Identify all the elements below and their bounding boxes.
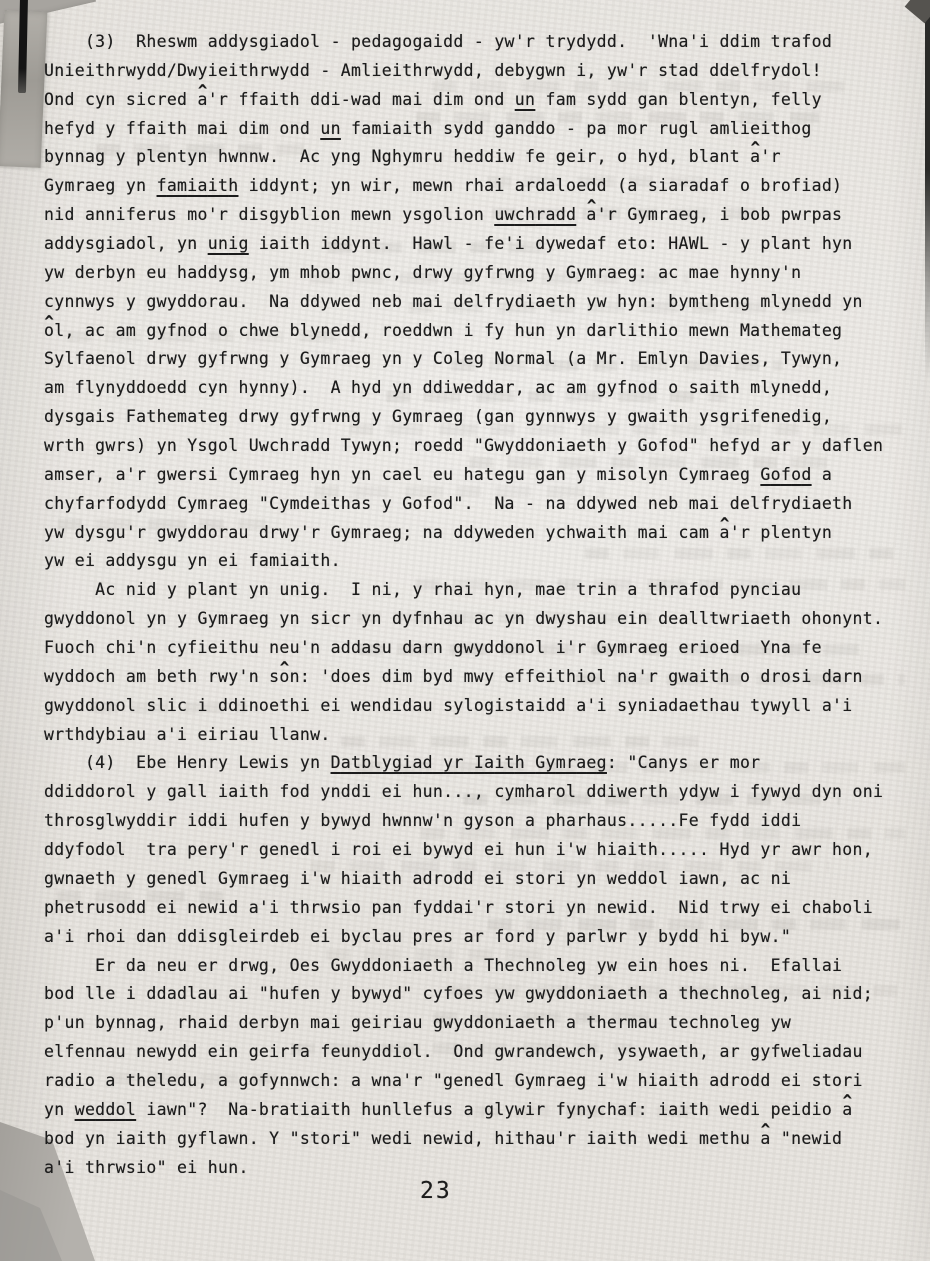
text-line: nid anniferus mo'r disgyblion mewn ysgol… [44,201,924,230]
text-line: (3) Rheswm addysgiadol - pedagogaidd - y… [44,28,924,57]
text-line: throsglwyddir iddi hufen y bywyd hwnnw'n… [44,807,924,836]
circumflex-overstrike: o^ [279,663,289,692]
text-line: bynnag y plentyn hwnnw. Ac yng Nghymru h… [44,143,924,172]
text-line: gwyddonol slic i ddinoethi ei wendidau s… [44,692,924,721]
text-line: chyfarfodydd Cymraeg "Cymdeithas y Gofod… [44,490,924,519]
text-line: ddyfodol tra pery'r genedl i roi ei bywy… [44,836,924,865]
page-number: 23 [420,1178,452,1204]
text-line: p'un bynnag, rhaid derbyn mai geiriau gw… [44,1009,924,1038]
text-line: wyddoch am beth rwy'n so^n: 'does dim by… [44,663,924,692]
text-line: o^l, ac am gyfnod o chwe blynedd, roeddw… [44,317,924,346]
text-line: bod lle i ddadlau ai "hufen y bywyd" cyf… [44,980,924,1009]
text-line: dysgais Fathemateg drwy gyfrwng y Gymrae… [44,403,924,432]
text-line: ddiddorol y gall iaith fod ynddi ei hun.… [44,778,924,807]
text-line: elfennau newydd ein geirfa feunyddiol. O… [44,1038,924,1067]
text-line: yw dysgu'r gwyddorau drwy'r Gymraeg; na … [44,519,924,548]
text-line: bod yn iaith gyflawn. Y "stori" wedi new… [44,1125,924,1154]
scanned-document-page: (3) Rheswm addysgiadol - pedagogaidd - y… [0,0,930,1261]
circumflex-overstrike: a^ [719,519,729,548]
text-line: Er da neu er drwg, Oes Gwyddoniaeth a Th… [44,952,924,981]
text-line: amser, a'r gwersi Cymraeg hyn yn cael eu… [44,461,924,490]
circumflex-overstrike: a^ [586,201,596,230]
text-line: wrthdybiau a'i eiriau llanw. [44,721,924,750]
text-line: radio a theledu, a gofynnwch: a wna'r "g… [44,1067,924,1096]
circumflex-overstrike: a^ [760,1125,770,1154]
circumflex-overstrike: a^ [750,143,760,172]
circumflex-overstrike: o^ [44,317,54,346]
text-line: cynnwys y gwyddorau. Na ddywed neb mai d… [44,288,924,317]
text-line: yw ei addysgu yn ei famiaith. [44,547,924,576]
text-line: wrth gwrs) yn Ysgol Uwchradd Tywyn; roed… [44,432,924,461]
text-line: gwyddonol yn y Gymraeg yn sicr yn dyfnha… [44,605,924,634]
text-line: gwnaeth y genedl Gymraeg i'w hiaith adro… [44,865,924,894]
text-line: yw derbyn eu haddysg, ym mhob pwnc, drwy… [44,259,924,288]
text-line: Fuoch chi'n cyfieithu neu'n addasu darn … [44,634,924,663]
text-line: addysgiadol, yn unig iaith iddynt. Hawl … [44,230,924,259]
text-line: Gymraeg yn famiaith iddynt; yn wir, mewn… [44,172,924,201]
right-edge-scan-shadow [925,0,930,380]
top-right-corner-shadow [905,0,930,23]
text-line: hefyd y ffaith mai dim ond un famiaith s… [44,115,924,144]
typewritten-text-body: (3) Rheswm addysgiadol - pedagogaidd - y… [44,28,924,1182]
circumflex-overstrike: a^ [198,86,208,115]
text-line: Unieithrwydd/Dwyieithrwydd - Amlieithrwy… [44,57,924,86]
circumflex-overstrike: a^ [842,1096,852,1125]
text-line: yn weddol iawn"? Na-bratiaith hunllefus … [44,1096,924,1125]
text-line: phetrusodd ei newid a'i thrwsio pan fydd… [44,894,924,923]
text-line: Ond cyn sicred a^'r ffaith ddi-wad mai d… [44,86,924,115]
text-line: Sylfaenol drwy gyfrwng y Gymraeg yn y Co… [44,345,924,374]
text-line: (4) Ebe Henry Lewis yn Datblygiad yr Iai… [44,749,924,778]
text-line: Ac nid y plant yn unig. I ni, y rhai hyn… [44,576,924,605]
text-line: am flynyddoedd cyn hynny). A hyd yn ddiw… [44,374,924,403]
text-line: a'i thrwsio" ei hun. [44,1154,924,1183]
text-line: a'i rhoi dan ddisgleirdeb ei byclau pres… [44,923,924,952]
